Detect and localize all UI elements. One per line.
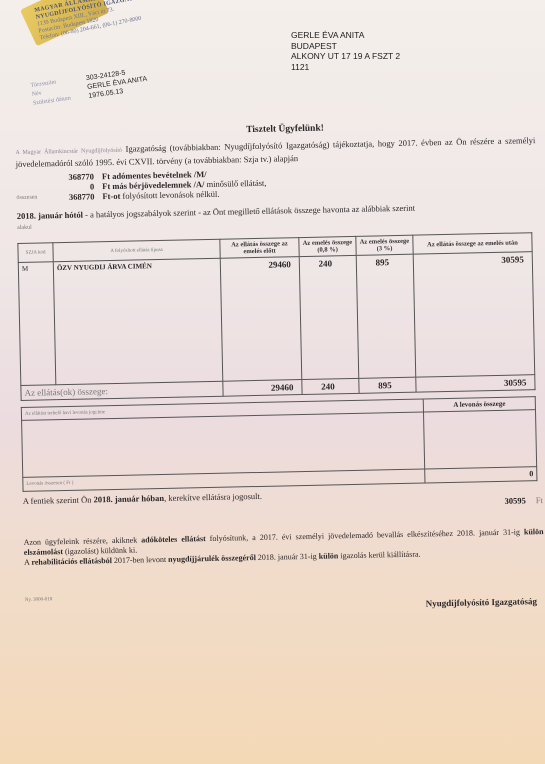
recipient-zip: 1121 <box>291 62 400 73</box>
table-row: M ÖZV NYUGDIJ ÁRVA CIMÉN 29460 240 895 3… <box>18 252 534 386</box>
from-date-text: 2018. január hótól - a hatályos jogszabá… <box>17 200 537 233</box>
intro-faint: A Magyar Államkincstár Nyugdíjfolyósító <box>15 148 122 156</box>
recipient-address: GERLE ÉVA ANITA BUDAPEST ALKONY UT 17 19… <box>291 30 400 72</box>
recipient-name: GERLE ÉVA ANITA <box>291 30 400 41</box>
recipient-city: BUDAPEST <box>291 41 400 52</box>
client-meta: Törzsszám303-24128-5 NévGERLE ÉVA ANITA … <box>30 66 149 109</box>
scanned-letter: MAGYAR ÁLLAMKINCSTÁR NYUGDÍJFOLYÓSÍTÓ IG… <box>0 0 545 764</box>
deductions-table: Az ellátást terhelő havi levonás jogcíme… <box>21 396 538 492</box>
result-amount: 30595Ft <box>504 495 543 506</box>
recipient-street: ALKONY UT 17 19 A FSZT 2 <box>291 51 400 62</box>
benefit-table: SZJA kód A folyósított ellátás típusa Az… <box>17 232 535 401</box>
letter-body: Tisztelt Ügyfelünk! A Magyar Államkincst… <box>15 119 545 617</box>
notes-paragraph: Azon ügyfeleink részére, akiknek adóköte… <box>24 527 545 568</box>
sender-block: MAGYAR ÁLLAMKINCSTÁR NYUGDÍJFOLYÓSÍTÓ IG… <box>34 0 156 42</box>
